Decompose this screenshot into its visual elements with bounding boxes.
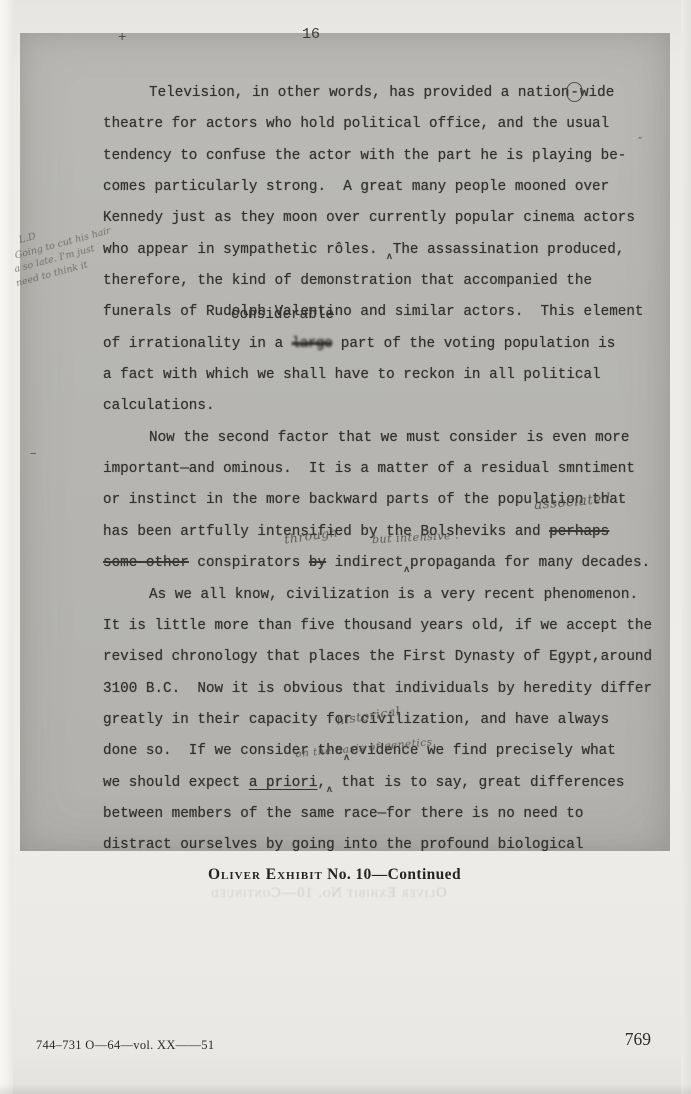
- typed-text-segment: It is little more than five thousand yea…: [103, 618, 652, 634]
- typed-line: It is little more than five thousand yea…: [103, 611, 669, 642]
- scan-left-edge: [0, 0, 13, 1094]
- caret-mark: ∧: [386, 244, 393, 271]
- folio-page-number: 769: [625, 1029, 651, 1050]
- caption-bleedthrough-text: Oliver Exhibit No. 10—Continued: [0, 885, 657, 902]
- bottom-edge-shade: [0, 1084, 691, 1094]
- typed-text-segment: propaganda for many decades.: [410, 555, 650, 571]
- typed-line: distract ourselves by going into the pro…: [103, 830, 669, 861]
- blot-mark: large: [292, 336, 332, 352]
- typed-text-segment: calculations.: [103, 398, 215, 414]
- typed-page-number: 16: [302, 26, 320, 43]
- strike-mark: some other: [103, 555, 189, 571]
- typed-line: As we all know, civilization is a very r…: [103, 580, 669, 611]
- typed-text-segment: As we all know, civilization is a very r…: [149, 587, 638, 603]
- strike-mark: by: [309, 555, 326, 571]
- typed-text-segment: Kennedy just as they moon over currently…: [103, 210, 635, 226]
- typed-text-segment: Now the second factor that we must consi…: [149, 430, 629, 446]
- typed-text-segment: between members of the same race—for the…: [103, 806, 583, 822]
- typed-line: a fact with which we shall have to recko…: [103, 360, 669, 391]
- typed-text-segment: a fact with which we shall have to recko…: [103, 367, 601, 383]
- typed-text-segment: distract ourselves by going into the pro…: [103, 837, 583, 853]
- typed-text-segment: The assassination produced,: [393, 242, 625, 258]
- typed-line: who appear in sympathetic rôles. ∧The as…: [103, 235, 669, 266]
- caret-mark: ∧: [403, 558, 410, 585]
- exhibit-caption-rest: No. 10—Continued: [323, 866, 461, 883]
- typed-text-segment: revised chronology that places the First…: [103, 649, 652, 665]
- stray-tick-mark: ˝: [636, 136, 642, 149]
- typed-line: of irrationality in a large part of the …: [103, 329, 669, 360]
- underline-mark: a priori: [249, 775, 318, 791]
- typed-line: Now the second factor that we must consi…: [103, 423, 669, 454]
- caret-mark: ∧: [326, 777, 333, 804]
- registration-plus-mark: +: [118, 30, 126, 46]
- typed-line: Television, in other words, has provided…: [103, 78, 669, 109]
- typed-text-segment: funerals of Rudolph Valentino and simila…: [103, 304, 644, 320]
- typed-text-segment: conspirators: [189, 555, 309, 571]
- circled-mark: -: [569, 85, 580, 101]
- typed-line: some other conspirators by indirect∧prop…: [103, 548, 669, 579]
- typed-text-segment: therefore, the kind of demonstration tha…: [103, 273, 592, 289]
- typed-line: funerals of Rudolph Valentino and simila…: [103, 297, 669, 328]
- typed-text-segment: indirect: [326, 555, 403, 571]
- strike-mark: perhaps: [549, 524, 609, 540]
- printers-imprint: 744–731 O—64—vol. XX——51: [36, 1038, 214, 1053]
- typed-text-segment: theatre for actors who hold political of…: [103, 116, 609, 132]
- typed-line: between members of the same race—for the…: [103, 799, 669, 830]
- typed-line: 3100 B.C. Now it is obvious that individ…: [103, 674, 669, 705]
- typed-line: calculations.: [103, 391, 669, 422]
- typed-text-segment: 3100 B.C. Now it is obvious that individ…: [103, 681, 652, 697]
- scanned-document-page: + 16 Television, in other words, has pro…: [0, 0, 691, 1094]
- typed-line: important—and ominous. It is a matter of…: [103, 454, 669, 485]
- exhibit-caption: Oliver Exhibit No. 10—Continued: [0, 866, 669, 884]
- typed-text-segment: wide: [580, 85, 614, 101]
- typed-text-segment: ,: [318, 775, 327, 791]
- typed-text-segment: part of the voting population is: [332, 336, 615, 352]
- typed-line: tendency to confuse the actor with the p…: [103, 141, 669, 172]
- typed-text-segment: of irrationality in a: [103, 336, 292, 352]
- typed-text-segment: that is to say, great differences: [333, 775, 625, 791]
- typed-line: comes particularly strong. A great many …: [103, 172, 669, 203]
- typed-text-segment: tendency to confuse the actor with the p…: [103, 148, 626, 164]
- typed-text-segment: who appear in sympathetic rôles.: [103, 242, 386, 258]
- typed-text-segment: Television, in other words, has provided…: [149, 85, 569, 101]
- typed-line: theatre for actors who hold political of…: [103, 109, 669, 140]
- scan-right-edge: [681, 0, 691, 1094]
- typed-text-segment: important—and ominous. It is a matter of…: [103, 461, 635, 477]
- inserted-word-considerable: considerable: [231, 307, 334, 323]
- typed-text-segment: we should expect: [103, 775, 249, 791]
- typed-text-segment: comes particularly strong. A great many …: [103, 179, 609, 195]
- typed-line: we should expect a priori,∧ that is to s…: [103, 768, 669, 799]
- typed-line: revised chronology that places the First…: [103, 642, 669, 673]
- exhibit-caption-smallcaps: Oliver Exhibit: [208, 866, 323, 883]
- margin-dash-mark: –: [30, 446, 37, 461]
- typed-line: Kennedy just as they moon over currently…: [103, 203, 669, 234]
